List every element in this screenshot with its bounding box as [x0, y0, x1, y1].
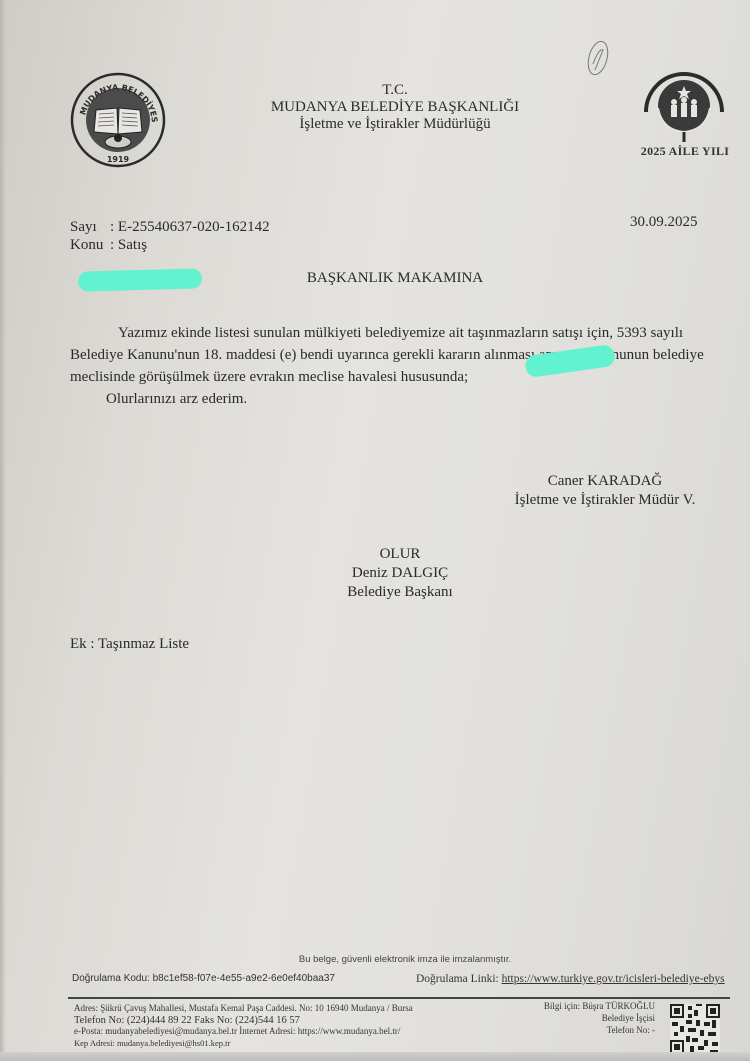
body-paragraph: Yazımız ekinde listesi sunulan mülkiyeti… [70, 322, 730, 388]
document-body: Yazımız ekinde listesi sunulan mülkiyeti… [70, 322, 730, 410]
verification-code: Doğrulama Kodu: b8c1ef58-f07e-4e55-a9e2-… [72, 973, 335, 984]
footer-contact: Adres: Şükrü Çavuş Mahallesi, Mustafa Ke… [74, 1003, 413, 1049]
sayi-label: Sayı [70, 218, 110, 236]
esignature-note: Bu belge, güvenli elektronik imza ile im… [0, 954, 750, 965]
subject-row: Konu: Satış [70, 236, 270, 254]
approver-title: Belediye Başkanı [300, 583, 500, 602]
footer-email-web: e-Posta: mudanyabelediyesi@mudanya.bel.t… [74, 1026, 413, 1038]
verification-link[interactable]: https://www.turkiye.gov.tr/icisleri-bele… [502, 973, 725, 985]
signatory-block: Caner KARADAĞ İşletme ve İştirakler Müdü… [505, 472, 705, 510]
approver-name: Deniz DALGIÇ [300, 564, 500, 583]
addressee: BAŞKANLIK MAKAMINA [0, 270, 750, 287]
reference-number-row: Sayı: E-25540637-020-162142 [70, 218, 270, 236]
document-meta: Sayı: E-25540637-020-162142 Konu: Satış [70, 218, 270, 254]
page-shadow-bottom [0, 1052, 750, 1061]
family-year-caption: 2025 AİLE YILI [630, 144, 740, 159]
attachment-note: Ek : Taşınmaz Liste [70, 636, 189, 653]
signatory-title: İşletme ve İştirakler Müdür V. [505, 491, 705, 510]
footer-kep: Kep Adresi: mudanya.belediyesi@hs01.kep.… [74, 1038, 413, 1050]
document-date: 30.09.2025 [630, 214, 698, 231]
qr-code-icon[interactable] [670, 1004, 720, 1054]
footer-phone: Telefon No: (224)444 89 22 Faks No: (224… [74, 1015, 413, 1027]
verification-link-row: Doğrulama Linki: https://www.turkiye.gov… [416, 973, 725, 985]
sayi-value: : E-25540637-020-162142 [110, 219, 270, 235]
konu-value: : Satış [110, 237, 147, 253]
footer-info: Bilgi için: Büşra TÜRKOĞLU Belediye İşçi… [500, 1000, 655, 1036]
family-year-emblem-icon [636, 64, 732, 144]
info-contact-phone: Telefon No: - [500, 1024, 655, 1036]
footer-divider [68, 997, 730, 999]
info-contact-name: Bilgi için: Büşra TÜRKOĞLU [500, 1000, 655, 1012]
closing-line: Olurlarınızı arz ederim. [70, 388, 730, 410]
page-shadow-left [0, 0, 6, 1061]
footer-address: Adres: Şükrü Çavuş Mahallesi, Mustafa Ke… [74, 1003, 413, 1015]
approval-block: OLUR Deniz DALGIÇ Belediye Başkanı [300, 545, 500, 602]
signatory-name: Caner KARADAĞ [505, 472, 705, 491]
verification-link-label: Doğrulama Linki: [416, 973, 499, 985]
konu-label: Konu [70, 236, 110, 254]
info-contact-title: Belediye İşçisi [500, 1012, 655, 1024]
svg-text:1919: 1919 [107, 155, 130, 164]
handwritten-annotation [583, 38, 613, 78]
approval-label: OLUR [300, 545, 500, 564]
